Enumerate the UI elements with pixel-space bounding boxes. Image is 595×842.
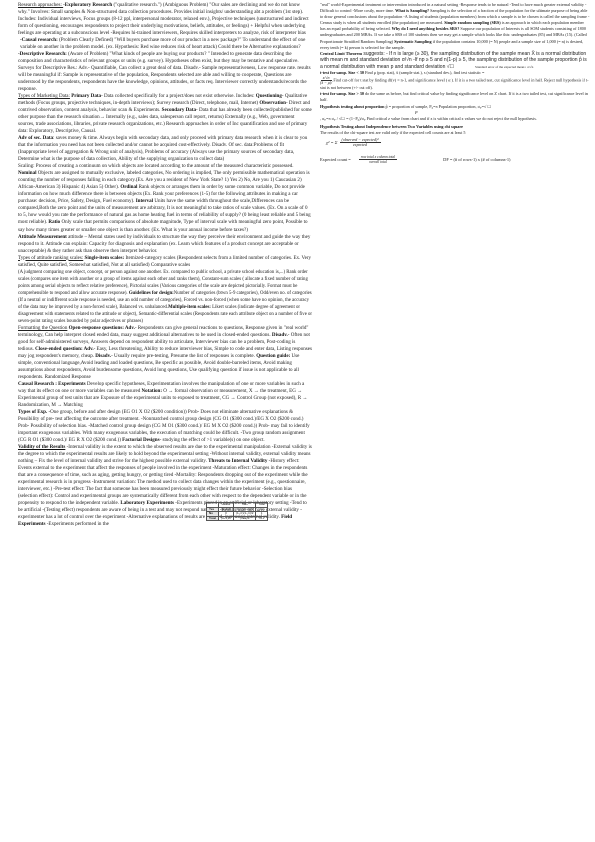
close-disadv-text: - Usually require pre-testing, Presume t…	[111, 353, 256, 359]
causal-research-text: (Problem Clearly Defined) "Will buyers p…	[20, 37, 305, 50]
research-approaches-label: Research approaches:	[18, 2, 63, 8]
why-besides-srs-heading: Why do I need anything besides SRS?	[392, 26, 460, 31]
paragraph-t-test-small: t-test for samp. Size < 30 Find μ (pop. …	[320, 70, 590, 91]
exploratory-research-heading: -Exploratory Research	[63, 2, 112, 8]
open-response-heading: Open-response questions: Adv.	[67, 325, 135, 331]
expected-count-row: Expected count = row total x column tota…	[320, 155, 590, 164]
lab-experiments-heading: Laboratory Experiments	[120, 500, 174, 506]
ratio-text: Only scale that permits comparisons of a…	[18, 219, 308, 232]
field-experiments-text: -Experiments performed in the	[45, 521, 108, 527]
adv-sec-data-heading: Adv of sec. Data	[18, 135, 53, 141]
adv-sec-data-text: : saves money & time. Always begin with …	[18, 135, 307, 162]
descriptive-research-heading: -Descriptive Research:	[18, 51, 67, 57]
systematic-sampling-heading: Systematic Sampling	[394, 39, 431, 44]
ratio-heading: Ratio	[48, 219, 60, 225]
validity-heading: Validity of the Results	[18, 444, 65, 450]
paragraph-causal-experiments: Causal Research : Experiments Develop sp…	[18, 381, 312, 409]
nominal-heading: Nominal	[18, 170, 37, 176]
paragraph-formatting-question: Formatting the Question Open-response qu…	[18, 325, 312, 381]
paragraph-scaling: Scaling: Process of creating a continuum…	[18, 163, 312, 233]
threats-text: -History effect: Events external to the …	[18, 458, 308, 506]
chi-square-formula: χ² = Σ (observed − expected)²expected	[326, 138, 590, 147]
close-ended-heading: Close-ended question: Adv.	[35, 346, 93, 352]
paragraph-comparative-scales: (A judgment comparing one object, concep…	[18, 269, 312, 325]
srs-heading: Simple random sampling (SRS)	[444, 20, 500, 25]
observation-heading: Observation	[259, 100, 286, 106]
clt-heading: Central Limit Theorem	[320, 51, 362, 56]
marketing-data-label: Types of Marketing Data:	[18, 93, 70, 99]
close-disadv-heading: Disadv.	[95, 353, 111, 359]
threats-heading: Threats to Internal Validity	[208, 458, 267, 464]
expected-count-label: Expected count =	[320, 157, 351, 163]
questioning-heading: Questioning	[256, 93, 282, 99]
paragraph-marketing-data: Types of Marketing Data: Primary Data- D…	[18, 93, 312, 135]
formula-denominator: (x̄ − μ)/	[320, 80, 332, 85]
formatting-question-label: Formatting the Question	[18, 325, 67, 331]
paragraph-chi-square: Hypothesis Testing about Independence be…	[320, 124, 590, 136]
multiple-item-scales-heading: Multiple-item scales:	[168, 305, 211, 310]
types-exp-heading: Types of Exp.	[18, 409, 47, 415]
table-cell: (π+1)/2	[233, 516, 255, 521]
paragraph-research-approaches: Research approaches: -Exploratory Resear…	[18, 2, 312, 37]
interval-heading: Interval	[136, 198, 153, 204]
causal-experiments-heading: Causal Research : Experiments	[18, 381, 86, 387]
chi-square-heading: Hypothesis Testing about Independence be…	[320, 124, 463, 129]
factorial-designs-heading: Factorial Designs	[122, 437, 159, 443]
secondary-data-heading: Secondary Data	[162, 107, 196, 113]
descriptive-research-text: (Aware of Problem) "What kinds of people…	[18, 51, 311, 92]
paragraph-causal-research: -Causal research: (Problem Clearly Defin…	[18, 37, 312, 51]
primary-data-heading: Primary Data	[70, 93, 101, 99]
t-test-large-heading: t-test for samp. Size > 30	[320, 91, 364, 96]
attitude-measurement-heading: Attitude Measurement	[18, 234, 67, 240]
guidelines-design-heading: Guidelines for design:	[129, 291, 174, 296]
question-guide-heading: Question guide:	[256, 353, 290, 359]
t-stat-formula: s/√n(x̄ − μ)/	[320, 76, 332, 85]
paragraph-types-exp: Types of Exp. -One group, before and aft…	[18, 409, 312, 444]
paragraph-sampling: "real" world-Experimental treatment or i…	[320, 2, 590, 51]
factorial-designs-text: - studying the effect of >1 variable(s) …	[160, 437, 265, 443]
open-disadv-heading: Disadv.	[272, 332, 288, 338]
table-cell: Total	[207, 516, 219, 521]
paragraph-descriptive-research: -Descriptive Research: (Aware of Problem…	[18, 51, 312, 93]
randomized-response-table: Heads Tails Total Yes (π+1)/2 (1−π)(π+1)…	[206, 502, 268, 521]
attitude-scales-label: Types of attitude ranking scales:	[18, 255, 83, 261]
chi-lhs: χ² = Σ	[326, 140, 338, 146]
hypothesis-proportion-heading: Hypothesis testing about proportion	[320, 104, 385, 109]
paragraph-clt: Central Limit Theorem suggests: - If n i…	[320, 51, 590, 70]
paragraph-hypothesis-proportion: Hypothesis testing about proportion p̂ =…	[320, 104, 590, 122]
expected-denominator: overall total	[369, 160, 387, 164]
chi-square-text: The results of the chi-square test are v…	[320, 130, 465, 135]
formula-p-top: P	[415, 110, 418, 115]
single-item-scales-heading: Single-item scales:	[83, 255, 124, 261]
primary-data-text: - Data collected specifically for a proj…	[101, 93, 256, 99]
paragraph-attitude-measurement: Attitude Measurement attitude – Mental s…	[18, 234, 312, 255]
paragraph-adv-sec-data: Adv of sec. Data: saves money & time. Al…	[18, 135, 312, 163]
right-column: "real" world-Experimental treatment or i…	[320, 2, 590, 164]
expected-count-formula: row total x column totaloverall total	[359, 155, 397, 164]
ordinal-heading: Ordinal	[120, 184, 137, 190]
t-test-small-text-cont: Find cut-off for t stat by finding df(v)…	[320, 78, 589, 91]
paragraph-validity: Validity of the Results -Internal validi…	[18, 444, 312, 528]
degrees-of-freedom-text: DF = (# of rows-1) x (# of columns-1)	[443, 157, 510, 163]
scaling-text: Scaling: Process of creating a continuum…	[18, 163, 294, 169]
chi-fraction: (observed − expected)²expected	[340, 138, 381, 147]
table-cell: π+1	[256, 516, 267, 521]
table-row: Total (π+1)/2 (π+1)/2 π+1	[207, 516, 268, 521]
exposure-text: Exposure of the experimental units to	[101, 395, 177, 401]
notation-heading: Notation:	[142, 388, 162, 394]
paragraph-t-test-large: t-test for samp. Size > 30 do the same a…	[320, 91, 590, 103]
chi-denominator: expected	[353, 142, 367, 147]
variables-measured-text: variables can be measured	[87, 388, 140, 394]
standard-error-text: Standard error of the expected mean= σ/√…	[475, 65, 533, 69]
hypothesis-proportion-text: p̂ = proportion of sample, P₀=π Populati…	[385, 104, 492, 109]
causal-research-heading: -Causal research:	[20, 37, 58, 43]
paragraph-attitude-scales: Types of attitude ranking scales: Single…	[18, 255, 312, 269]
left-column: Research approaches: -Exploratory Resear…	[18, 2, 312, 528]
t-test-small-text: Find μ (pop. stat), x̄ (sample stat.), s…	[364, 70, 484, 75]
what-is-sampling-heading: What is Sampling?	[395, 8, 429, 13]
table-cell: (π+1)/2	[218, 516, 233, 521]
hypothesis-proportion-text-cont: , σₚ=π σₚ / √☐ = (1−P₀)/σₚ Find critical…	[320, 116, 537, 121]
